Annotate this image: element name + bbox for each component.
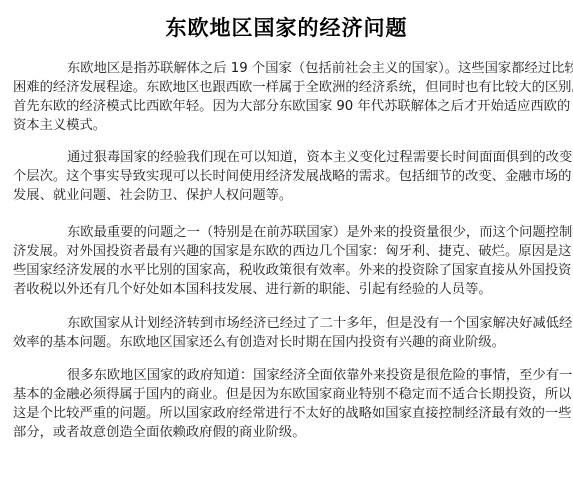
text-line: 通过狠毒国家的经验我们现在可以知道，资本主义变化过程需要长时间面面俱到的改变各 xyxy=(13,148,571,167)
text-line: 济发展。对外国投资者最有兴趣的国家是东欧的西边几个国家：匈牙利、捷克、破烂。原因… xyxy=(13,242,571,261)
paragraph-experience: 通过狠毒国家的经验我们现在可以知道，资本主义变化过程需要长时间面面俱到的改变各 … xyxy=(13,148,571,205)
text-line: 困难的经济发展程途。东欧地区也跟西欧一样属于全欧洲的经济系统，但同时也有比较大的… xyxy=(13,78,571,97)
text-line: 东欧地区是指苏联解体之后 19 个国家（包括前社会主义的国家）。这些国家都经过比… xyxy=(13,59,571,78)
text-line: 者收税以外还有几个好处如本国科技发展、进行新的职能、引起有经验的人员等。 xyxy=(13,280,571,299)
text-line: 些国家经济发展的水平比别的国家高，税收政策很有效率。外来的投资除了国家直接从外国… xyxy=(13,261,571,280)
text-line: 这是个比较严重的问题。所以国家政府经常进行不太好的战略如国家直接控制经济最有效的… xyxy=(13,404,571,423)
text-line: 部分，或者故意创造全面依赖政府假的商业阶级。 xyxy=(13,423,571,442)
paragraph-intro: 东欧地区是指苏联解体之后 19 个国家（包括前社会主义的国家）。这些国家都经过比… xyxy=(13,59,571,135)
text-line: 资本主义模式。 xyxy=(13,116,571,135)
text-line: 首先东欧的经济模式比西欧年轻。因为大部分东欧国家 90 年代苏联解体之后才开始适… xyxy=(13,97,571,116)
text-line: 发展、就业问题、社会防卫、保护人权问题等。 xyxy=(13,186,571,205)
paragraph-transition: 东欧国家从计划经济转到市场经济已经过了二十多年，但是没有一个国家解决好减低经济 … xyxy=(13,314,571,352)
text-line: 个层次。这个事实导致实现可以长时间使用经济发展战略的需求。包括细节的改变、金融市… xyxy=(13,167,571,186)
text-line: 很多东欧地区国家的政府知道：国家经济全面依靠外来投资是很危险的事情，至少有一些 xyxy=(13,366,571,385)
text-line: 效率的基本问题。东欧地区国家还么有创造对长时期在国内投资有兴趣的商业阶级。 xyxy=(13,333,571,352)
text-line: 东欧国家从计划经济转到市场经济已经过了二十多年，但是没有一个国家解决好减低经济 xyxy=(13,314,571,333)
paragraph-government: 很多东欧地区国家的政府知道：国家经济全面依靠外来投资是很危险的事情，至少有一些 … xyxy=(13,366,571,442)
text-line: 基本的金融必须得属于国内的商业。但是因为东欧国家商业特别不稳定而不适合长期投资，… xyxy=(13,385,571,404)
paragraph-investment: 东欧最重要的问题之一（特别是在前苏联国家）是外来的投资量很少，而这个问题控制经 … xyxy=(13,223,571,299)
document-title: 东欧地区国家的经济问题 xyxy=(0,14,573,42)
text-line: 东欧最重要的问题之一（特别是在前苏联国家）是外来的投资量很少，而这个问题控制经 xyxy=(13,223,571,242)
